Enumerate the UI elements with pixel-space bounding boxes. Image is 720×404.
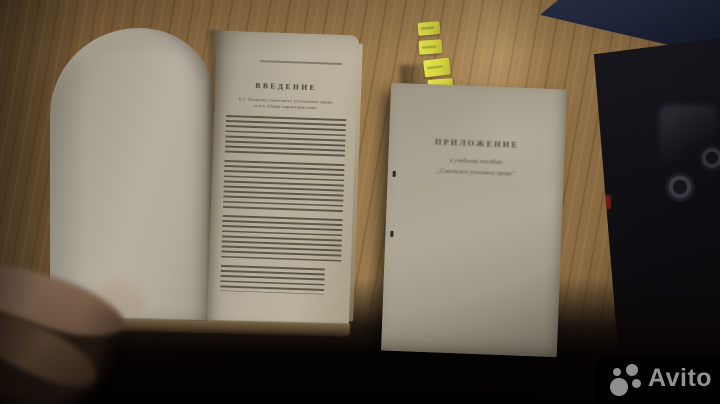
body-text-paragraph <box>223 160 345 215</box>
logo-dot <box>610 378 628 396</box>
avito-logo-icon <box>610 362 646 400</box>
book-right-page: ВВЕДЕНИЕ § 1. Понятие советского уголовн… <box>207 31 359 328</box>
car-wheel-icon <box>697 143 720 173</box>
logo-dot <box>632 379 641 388</box>
avito-brand-text: Avito <box>648 364 712 393</box>
booklet-title: ПРИЛОЖЕНИЕ <box>389 135 565 152</box>
sticky-tab <box>419 39 443 55</box>
body-text-paragraph <box>221 215 343 265</box>
car-wheel-icon <box>663 170 697 204</box>
sticky-tab <box>423 57 451 77</box>
staple <box>390 231 393 237</box>
stapled-booklet: ПРИЛОЖЕНИЕ к учебному пособию „Советское… <box>381 83 567 358</box>
photo-of-books: ВВЕДЕНИЕ § 1. Понятие советского уголовн… <box>0 0 720 404</box>
chapter-heading: ВВЕДЕНИЕ <box>215 80 357 94</box>
logo-dot <box>626 364 638 376</box>
body-text-paragraph <box>225 115 346 160</box>
sticky-tab <box>417 21 440 36</box>
avito-watermark: Avito <box>596 358 720 404</box>
hand-holding-page <box>0 230 210 380</box>
logo-dot <box>613 368 621 376</box>
body-text-paragraph <box>220 265 325 295</box>
page-header-rule <box>260 60 342 64</box>
scene: ВВЕДЕНИЕ § 1. Понятие советского уголовн… <box>0 0 720 404</box>
booklet-subtitle-line2: „Советское уголовное право“ <box>388 166 564 180</box>
